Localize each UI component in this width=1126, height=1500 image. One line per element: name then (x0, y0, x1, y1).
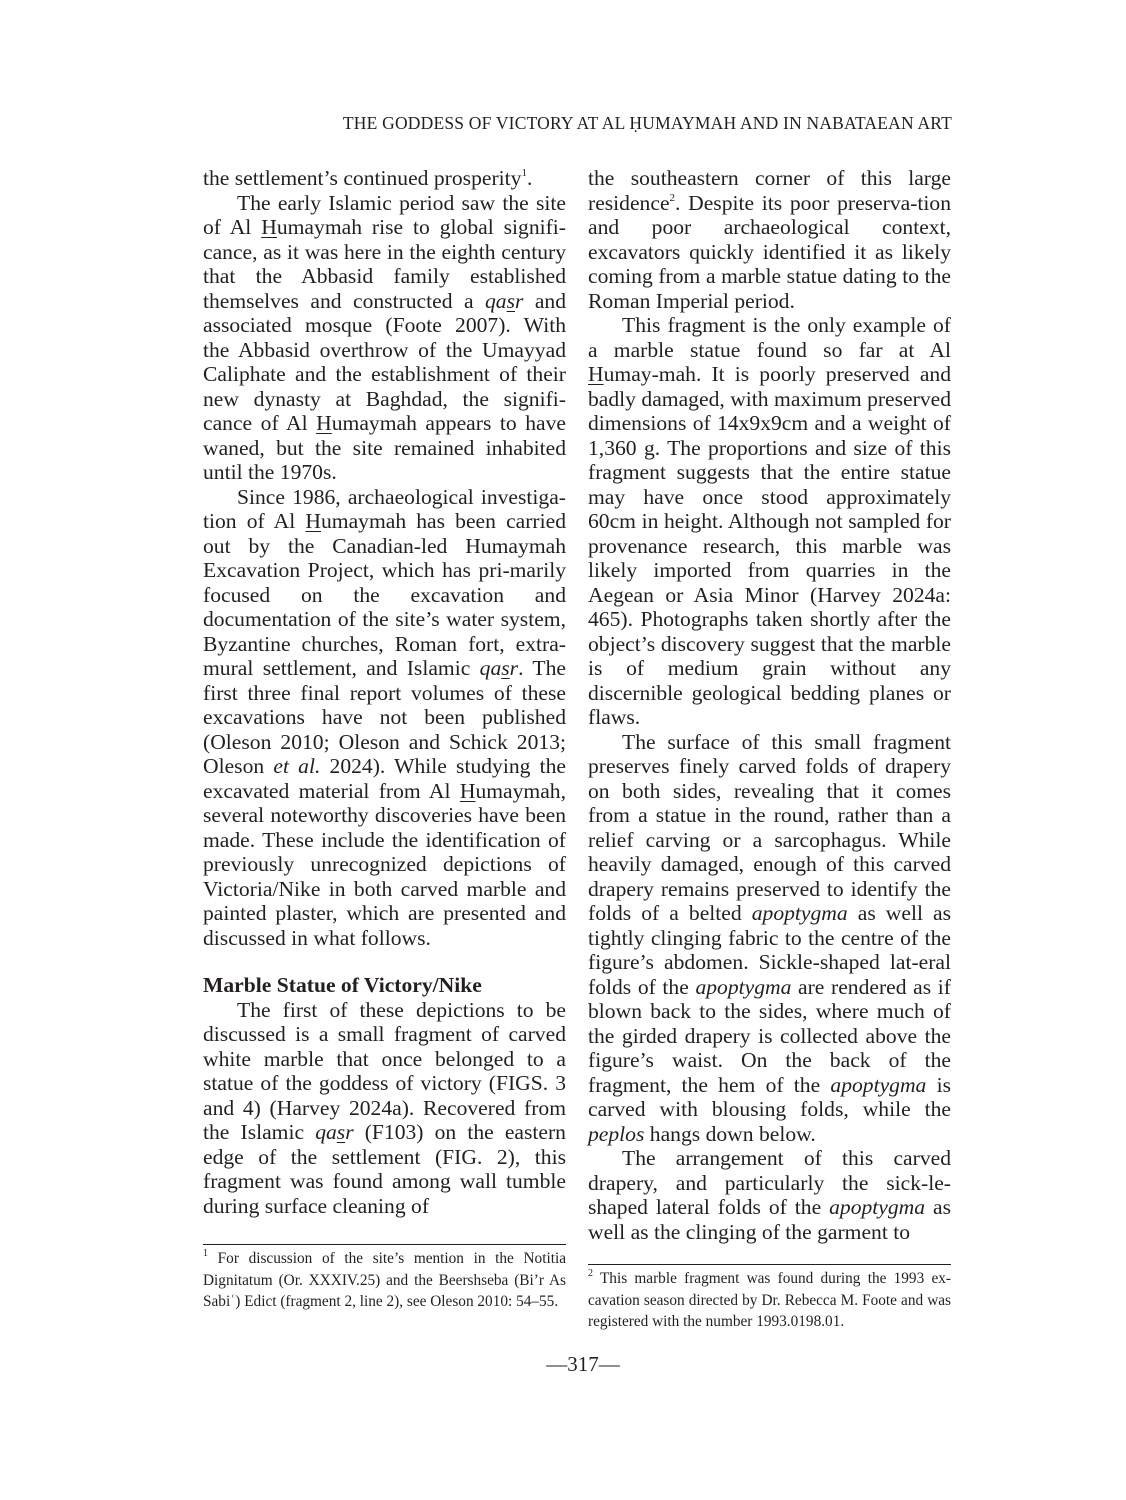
italic-term: apoptygma (830, 1073, 926, 1097)
italic-term: et al. (273, 754, 320, 778)
text-span: The surface of this small fragment prese… (588, 730, 951, 926)
text-span: umay-mah. It is poorly preserved and bad… (588, 362, 951, 729)
text-span: umaymah, several noteworthy discoveries … (203, 779, 566, 950)
footnote-1: 1 For discussion of the site’s mention i… (203, 1244, 566, 1313)
footnote-text: For discussion of the site’s mention in … (203, 1250, 566, 1310)
page-number: —317— (0, 1352, 1126, 1377)
section-heading: Marble Statue of Victory/Nike (203, 973, 566, 998)
italic-term: qasr (480, 656, 518, 680)
left-column: the settlement’s continued prosperity1. … (203, 166, 566, 1218)
paragraph: The surface of this small fragment prese… (588, 730, 951, 1147)
text-span: hangs down below. (644, 1122, 815, 1146)
italic-term: qasr (315, 1120, 353, 1144)
italic-term: apoptygma (752, 901, 848, 925)
footnote-2: 2 This marble fragment was found during … (588, 1264, 951, 1333)
running-head: THE GODDESS OF VICTORY AT AL ḤUMAYMAH AN… (300, 113, 952, 134)
paragraph: the southeastern corner of this large re… (588, 166, 951, 313)
paragraph: The early Islamic period saw the site of… (203, 191, 566, 485)
footnote-rule (588, 1264, 951, 1265)
italic-term: peplos (588, 1122, 644, 1146)
paragraph: Since 1986, archaeological investiga-tio… (203, 485, 566, 951)
italic-term: apoptygma (695, 975, 791, 999)
italic-term: qasr (485, 289, 523, 313)
right-column: the southeastern corner of this large re… (588, 166, 951, 1244)
underlined-letter: H (261, 215, 277, 239)
text-span: This fragment is the only example of a m… (588, 313, 951, 362)
underlined-letter: H (588, 362, 604, 386)
underlined-letter: H (305, 509, 321, 533)
paragraph: The arrangement of this carved drapery, … (588, 1146, 951, 1244)
paragraph: The first of these depictions to be disc… (203, 998, 566, 1219)
underlined-letter: H (316, 411, 332, 435)
paragraph: the settlement’s continued prosperity1. (203, 166, 566, 191)
underlined-letter: H (460, 779, 476, 803)
italic-term: apoptygma (829, 1195, 925, 1219)
text-span: . (527, 166, 532, 190)
text-span: umaymah has been carried out by the Cana… (203, 509, 566, 680)
footnote-rule (203, 1244, 566, 1245)
footnote-text: This marble fragment was found during th… (588, 1270, 951, 1330)
paragraph: This fragment is the only example of a m… (588, 313, 951, 730)
text-span: the settlement’s continued prosperity (203, 166, 521, 190)
